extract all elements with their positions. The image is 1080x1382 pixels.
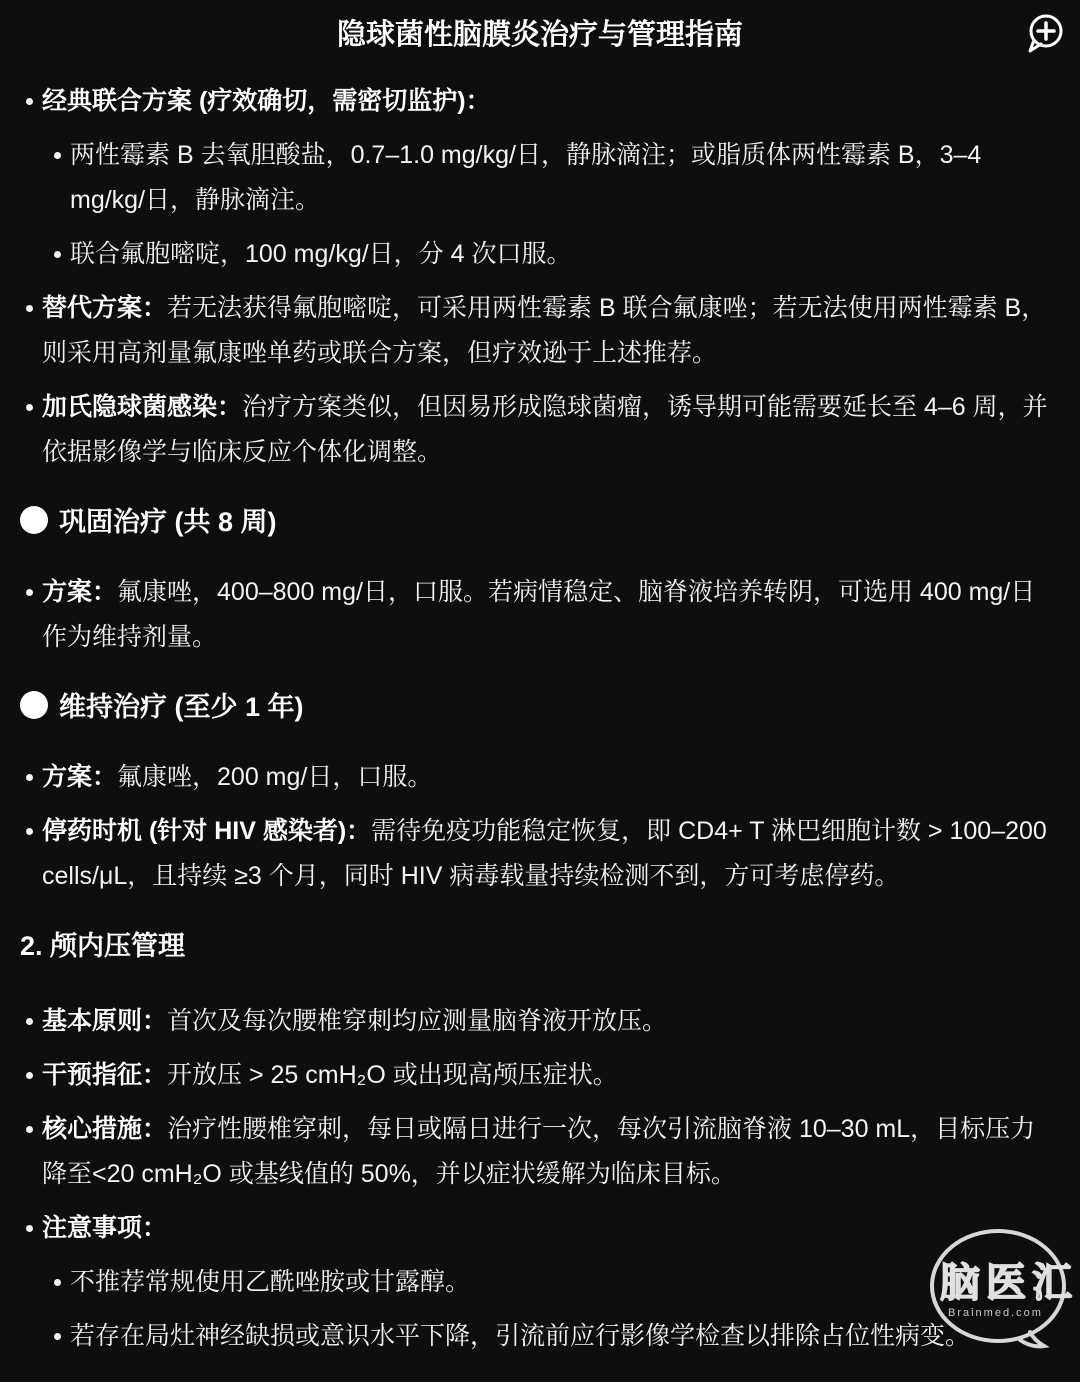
bullet-dot-icon (26, 1225, 33, 1232)
list-item: 基本原则：首次及每次腰椎穿刺均应测量脑脊液开放压。 (0, 999, 1054, 1044)
bullet-dot-icon (26, 1072, 33, 1079)
list-item: 不推荐常规使用乙酰唑胺或甘露醇。 (0, 1260, 1054, 1305)
item-lead: 基本原则： (42, 1007, 167, 1035)
bullet-dot-icon (26, 98, 33, 105)
item-text: 两性霉素 B 去氧胆酸盐，0.7–1.0 mg/kg/日，静脉滴注；或脂质体两性… (70, 141, 981, 214)
item-lead: 停药时机 (针对 HIV 感染者)： (42, 817, 371, 845)
item-text: 开放压 > 25 cmH₂O 或出现高颅压症状。 (167, 1061, 618, 1089)
bullet-dot-icon (26, 305, 33, 312)
item-lead: 方案： (42, 763, 117, 791)
list-item: 联合氟胞嘧啶，100 mg/kg/日，分 4 次口服。 (0, 232, 1054, 277)
item-text: 氟康唑，400–800 mg/日，口服。若病情稳定、脑脊液培养转阴，可选用 40… (42, 578, 1035, 651)
document-body: 经典联合方案 (疗效确切，需密切监护)： 两性霉素 B 去氧胆酸盐，0.7–1.… (0, 56, 1080, 1359)
item-lead: 方案： (42, 578, 117, 606)
section-dot-icon (20, 506, 48, 534)
bullet-dot-icon (54, 1279, 61, 1286)
bullet-dot-icon (26, 828, 33, 835)
list-item: 方案：氟康唑，400–800 mg/日，口服。若病情稳定、脑脊液培养转阴，可选用… (0, 570, 1054, 660)
item-text: 若存在局灶神经缺损或意识水平下降，引流前应行影像学检查以排除占位性病变。 (70, 1322, 970, 1350)
list-item: 替代方案：若无法获得氟胞嘧啶，可采用两性霉素 B 联合氟康唑；若无法使用两性霉素… (0, 286, 1054, 376)
numbered-heading: 2. 颅内压管理 (0, 924, 1054, 969)
list-item: 方案：氟康唑，200 mg/日，口服。 (0, 755, 1054, 800)
chat-add-icon (1020, 10, 1068, 58)
title-bar: 隐球菌性脑膜炎治疗与管理指南 (0, 0, 1080, 56)
bullet-dot-icon (54, 152, 61, 159)
item-lead: 核心措施： (42, 1115, 167, 1143)
item-lead: 干预指征： (42, 1061, 167, 1089)
section-dot-icon (20, 691, 48, 719)
list-item: 若存在局灶神经缺损或意识水平下降，引流前应行影像学检查以排除占位性病变。 (0, 1314, 1054, 1359)
bullet-dot-icon (26, 1126, 33, 1133)
page-title: 隐球菌性脑膜炎治疗与管理指南 (0, 14, 1080, 56)
item-lead: 注意事项： (42, 1214, 167, 1242)
bullet-dot-icon (26, 1018, 33, 1025)
bullet-dot-icon (26, 774, 33, 781)
list-item: 两性霉素 B 去氧胆酸盐，0.7–1.0 mg/kg/日，静脉滴注；或脂质体两性… (0, 133, 1054, 223)
bullet-dot-icon (54, 251, 61, 258)
item-text: 联合氟胞嘧啶，100 mg/kg/日，分 4 次口服。 (70, 240, 571, 268)
chat-add-button[interactable] (1020, 10, 1068, 58)
item-text: 首次及每次腰椎穿刺均应测量脑脊液开放压。 (167, 1007, 667, 1035)
list-item: 加氏隐球菌感染：治疗方案类似，但因易形成隐球菌瘤，诱导期可能需要延长至 4–6 … (0, 385, 1054, 475)
list-item: 核心措施：治疗性腰椎穿刺，每日或隔日进行一次，每次引流脑脊液 10–30 mL，… (0, 1107, 1054, 1197)
section-title: 巩固治疗 (共 8 周) (59, 507, 277, 537)
item-text: 若无法获得氟胞嘧啶，可采用两性霉素 B 联合氟康唑；若无法使用两性霉素 B，则采… (42, 294, 1046, 367)
section-heading: 维持治疗 (至少 1 年) (0, 685, 1054, 730)
page: { "page": { "background_color": "#0e0e0f… (0, 0, 1080, 1382)
item-text: 治疗性腰椎穿刺，每日或隔日进行一次，每次引流脑脊液 10–30 mL，目标压力降… (42, 1115, 1035, 1188)
bullet-dot-icon (54, 1333, 61, 1340)
item-lead: 替代方案： (42, 294, 167, 322)
item-text: 不推荐常规使用乙酰唑胺或甘露醇。 (70, 1268, 470, 1296)
section-title: 维持治疗 (至少 1 年) (59, 692, 304, 722)
item-text: 氟康唑，200 mg/日，口服。 (117, 763, 432, 791)
list-item: 干预指征：开放压 > 25 cmH₂O 或出现高颅压症状。 (0, 1053, 1054, 1098)
list-item: 经典联合方案 (疗效确切，需密切监护)： (0, 79, 1054, 124)
item-lead: 经典联合方案 (疗效确切，需密切监护)： (42, 87, 491, 115)
bullet-dot-icon (26, 589, 33, 596)
list-item: 停药时机 (针对 HIV 感染者)：需待免疫功能稳定恢复，即 CD4+ T 淋巴… (0, 809, 1054, 899)
item-lead: 加氏隐球菌感染： (42, 393, 242, 421)
bullet-dot-icon (26, 404, 33, 411)
list-item: 注意事项： (0, 1206, 1054, 1251)
section-heading: 巩固治疗 (共 8 周) (0, 500, 1054, 545)
